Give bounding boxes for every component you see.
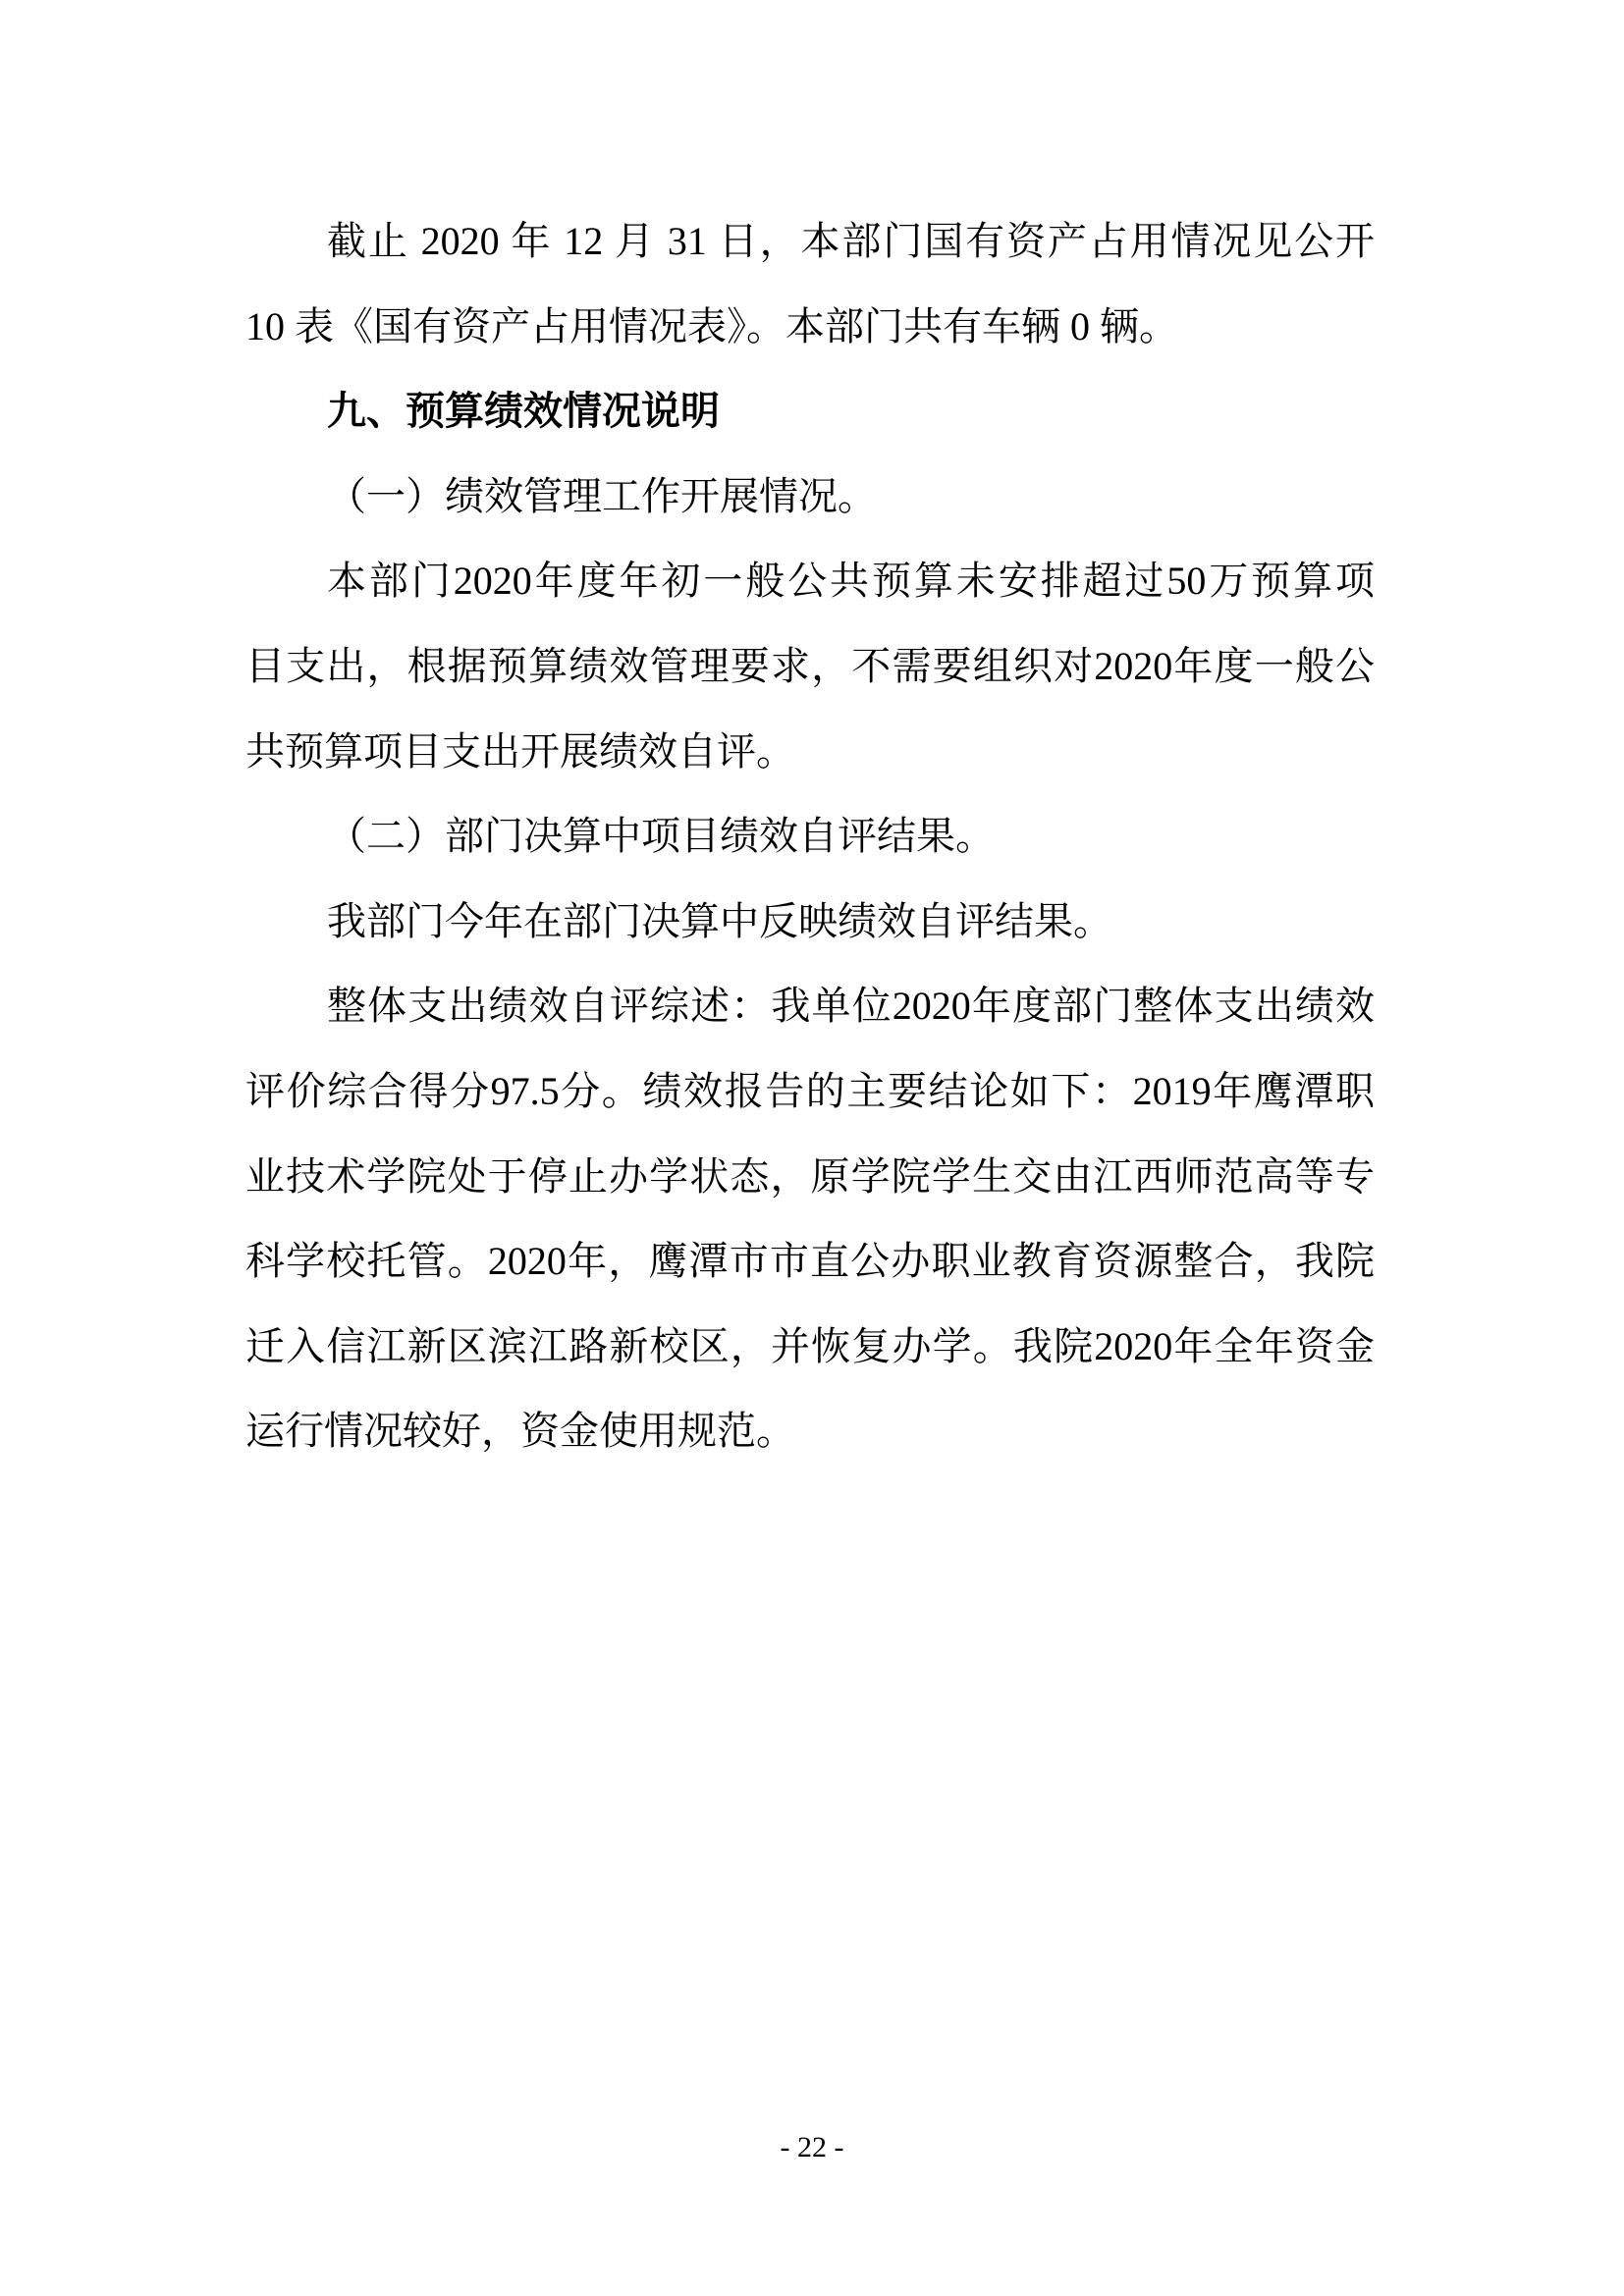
- sub-heading: （一）绩效管理工作开展情况。: [245, 454, 1375, 540]
- text-line: 目支出，根据预算绩效管理要求，不需要组织对2020年度一般公: [245, 624, 1375, 710]
- text-line: 整体支出绩效自评综述：我单位2020年度部门整体支出绩效: [245, 964, 1375, 1049]
- text-line: 我部门今年在部门决算中反映绩效自评结果。: [245, 880, 1375, 965]
- text-line: 迁入信江新区滨江路新校区，并恢复办学。我院2020年全年资金: [245, 1305, 1375, 1390]
- page-number: - 22 -: [0, 2128, 1624, 2167]
- document-body: 截止 2020 年 12 月 31 日，本部门国有资产占用情况见公开 10 表《…: [245, 199, 1375, 1474]
- text-line: 10 表《国有资产占用情况表》。本部门共有车辆 0 辆。: [245, 285, 1375, 370]
- text-line: 评价综合得分97.5分。绩效报告的主要结论如下：2019年鹰潭职: [245, 1049, 1375, 1135]
- text-line: 共预算项目支出开展绩效自评。: [245, 710, 1375, 795]
- document-page: 截止 2020 年 12 月 31 日，本部门国有资产占用情况见公开 10 表《…: [0, 0, 1624, 2296]
- section-heading: 九、预算绩效情况说明: [245, 369, 1375, 454]
- sub-heading: （二）部门决算中项目绩效自评结果。: [245, 794, 1375, 880]
- text-line: 截止 2020 年 12 月 31 日，本部门国有资产占用情况见公开: [245, 199, 1375, 285]
- text-line: 本部门2020年度年初一般公共预算未安排超过50万预算项: [245, 539, 1375, 624]
- text-line: 运行情况较好，资金使用规范。: [245, 1389, 1375, 1474]
- text-line: 科学校托管。2020年，鹰潭市市直公办职业教育资源整合，我院: [245, 1219, 1375, 1305]
- text-line: 业技术学院处于停止办学状态，原学院学生交由江西师范高等专: [245, 1135, 1375, 1220]
